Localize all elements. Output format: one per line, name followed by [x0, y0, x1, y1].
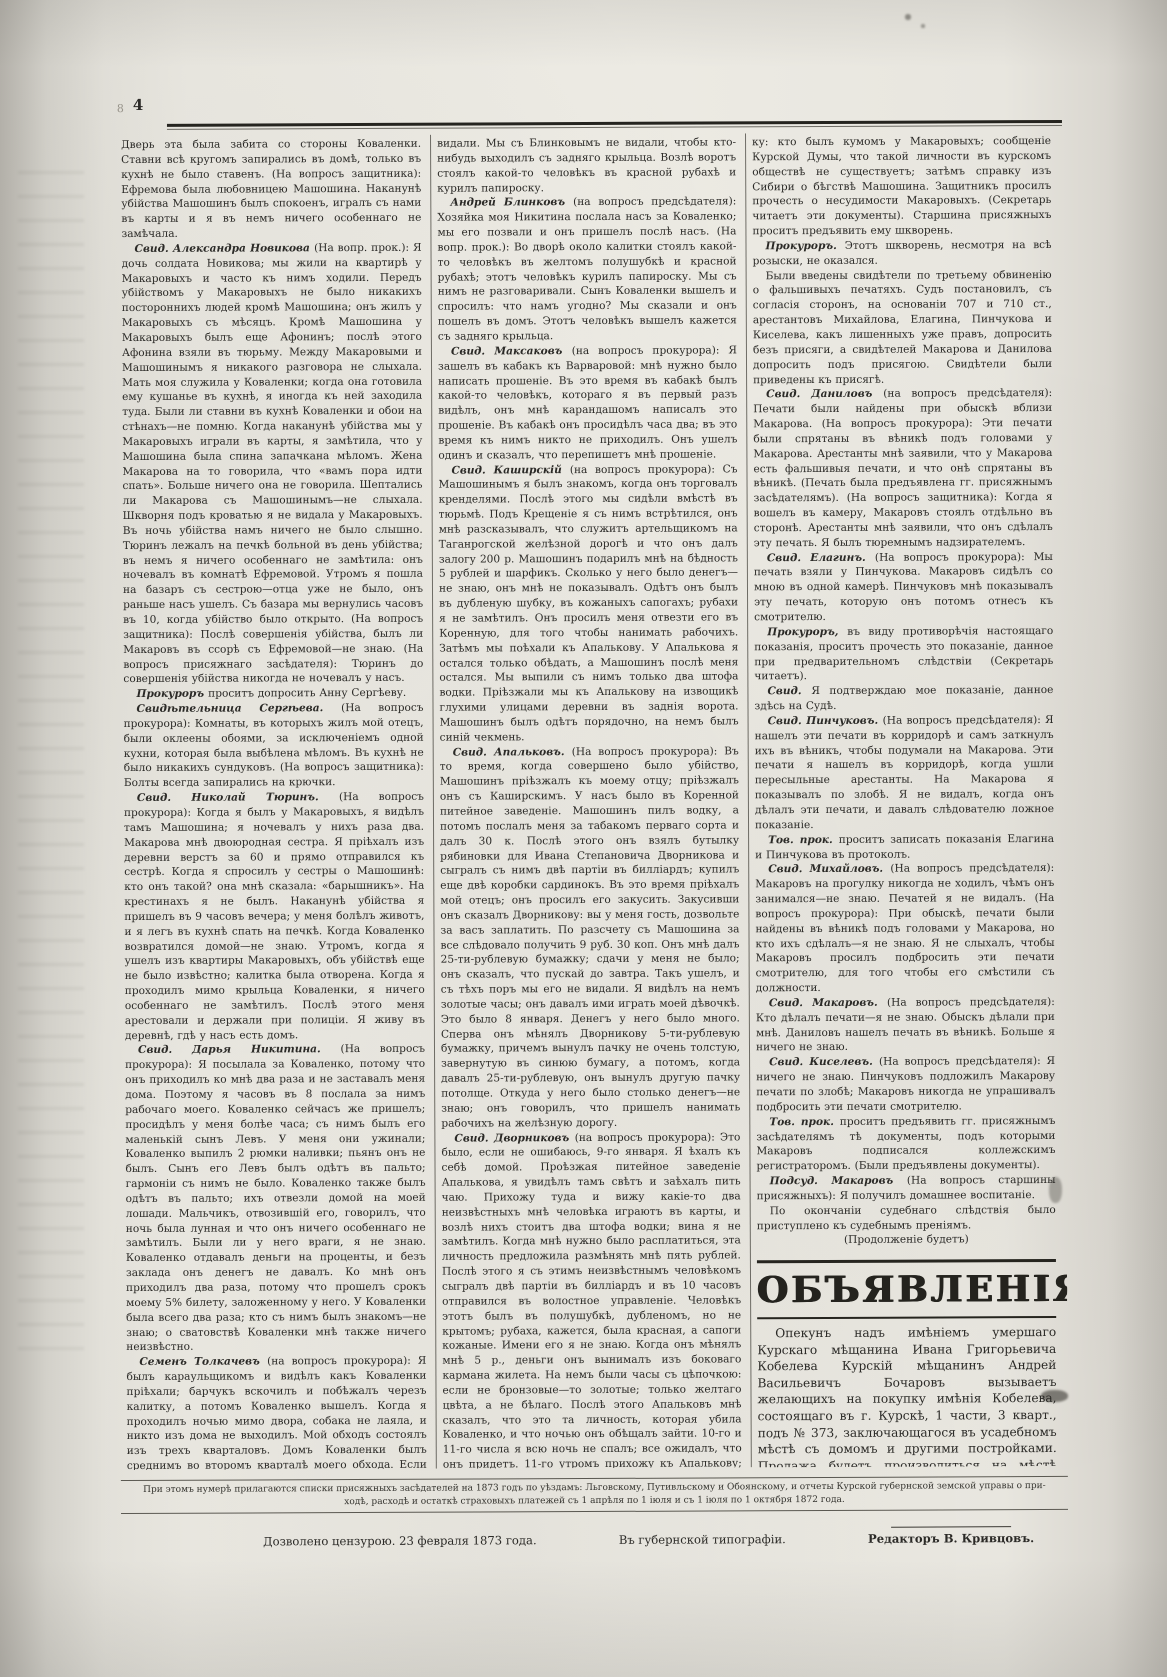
speaker-name: Свид. Киселевъ. — [769, 1056, 879, 1068]
speaker-name: Свид. — [767, 685, 811, 697]
paragraph: (Продолженіе будетъ) — [757, 1232, 1056, 1248]
supplement-note: При этомъ нумерѣ прилагаются списки прис… — [121, 1476, 1068, 1514]
speaker-name: Тов. прок. — [769, 1116, 840, 1128]
speaker-name: Прокуроръ — [136, 688, 208, 700]
testimony-paragraph: Свид. Макаровъ. (На вопросъ предсѣдателя… — [756, 995, 1055, 1056]
speaker-name: Подсуд. Макаровъ — [770, 1175, 907, 1188]
bleed-through-ghost — [18, 150, 84, 1350]
paragraph: По окончаніи судебнаго слѣдствія было пр… — [757, 1203, 1056, 1234]
editor-rule — [891, 1526, 1011, 1528]
testimony-paragraph: Тов. прок. проситъ предъявить гг. присяж… — [756, 1114, 1055, 1175]
speaker-name: Прокуроръ. — [765, 240, 844, 252]
page-content: 8 4 Дверь эта была забита со стороны Ков… — [115, 90, 1068, 1549]
speaker-name: Свид. Дворниковъ — [454, 1132, 574, 1145]
speaker-name: Свид. Александра Новикова — [134, 242, 314, 255]
testimony-paragraph: Прокуроръ. Этотъ шкворень, несмотря на в… — [752, 238, 1051, 269]
testimony-paragraph: Свид. Дворниковъ (на вопросъ прокурора):… — [441, 1130, 742, 1470]
testimony-paragraph: Подсуд. Макаровъ (На вопросъ старшины пр… — [757, 1173, 1056, 1204]
testimony-paragraph: Свидѣтельница Сергѣева. (На вопросъ прок… — [123, 701, 423, 791]
imprint-line: Дозволено цензурою. 23 февраля 1873 года… — [121, 1526, 1068, 1549]
paragraph: видали. Мы съ Блинковымъ не видали, чтоб… — [437, 135, 736, 196]
column-3-body: ку: кто былъ кумомъ у Макаровыхъ; сообще… — [752, 134, 1056, 1249]
speaker-name: Прокуроръ, — [767, 626, 847, 638]
speaker-name: Свид. Дарья Никитина. — [138, 1044, 341, 1057]
testimony-paragraph: Свид. Елагинъ. (На вопросъ прокурора): М… — [754, 550, 1053, 626]
paragraph: ку: кто былъ кумомъ у Макаровыхъ; сообще… — [752, 134, 1051, 239]
testimony-paragraph: Свид. Даниловъ (на вопросъ предсѣдателя)… — [753, 386, 1053, 551]
ghost-page-number: 8 — [117, 102, 124, 115]
censorship-line: Дозволено цензурою. 23 февраля 1873 года… — [263, 1533, 537, 1548]
testimony-paragraph: Андрей Блинковъ (на вопросъ предсѣдателя… — [437, 195, 737, 345]
newspaper-scan-page: 8 4 Дверь эта была забита со стороны Ков… — [0, 0, 1167, 1677]
speaker-name: Свид. Максаковъ — [451, 345, 572, 358]
testimony-paragraph: Семенъ Толкачевъ (на вопросъ прокурора):… — [126, 1354, 427, 1470]
column-3: ку: кто былъ кумомъ у Макаровыхъ; сообще… — [745, 132, 1066, 1467]
testimony-paragraph: Свид. Каширскій (на вопросъ прокурора): … — [438, 462, 738, 745]
speaker-name: Свидѣтельница Сергѣева. — [136, 702, 341, 715]
paragraph: Были введены свидѣтели по третьему обвин… — [753, 268, 1053, 388]
testimony-paragraph: Свид. Дарья Никитина. (На вопросъ прокур… — [125, 1042, 426, 1355]
ad-estate-notice: Опекунъ надъ имѣніемъ умершаго Курскаго … — [757, 1324, 1057, 1470]
column-2: видали. Мы съ Блинковымъ не видали, чтоб… — [430, 133, 751, 1468]
testimony-paragraph: Свид. Максаковъ (на вопросъ прокурора): … — [438, 343, 738, 463]
speaker-name: Семенъ Толкачевъ — [139, 1356, 267, 1369]
advertisements-headline: ОБЪЯВЛЕНІЯ. — [757, 1259, 1056, 1319]
testimony-paragraph: Свид. Николай Тюринъ. (На вопросъ прокур… — [124, 790, 425, 1044]
speaker-name: Андрей Блинковъ — [450, 196, 573, 209]
testimony-paragraph: Прокуроръ, въ виду противорѣчія настояща… — [754, 624, 1053, 685]
speaker-name: Свид. Каширскій — [451, 464, 569, 477]
testimony-paragraph: Свид. Апальковъ. (На вопросъ прокурора):… — [440, 744, 741, 1131]
speaker-name: Свид. Пинчуковъ. — [768, 715, 883, 728]
testimony-paragraph: Прокуроръ проситъ допросить Анну Сергѣев… — [123, 686, 423, 702]
editor-line: Редакторъ В. Кривцовъ. — [868, 1531, 1034, 1546]
speaker-name: Свид. Михайловъ. — [768, 863, 890, 876]
scan-smudge — [921, 24, 925, 28]
paragraph: Опекунъ надъ имѣніемъ умершаго Курскаго … — [757, 1324, 1057, 1470]
testimony-paragraph: Свид. Киселевъ. (На вопросъ предсѣдателя… — [756, 1054, 1055, 1115]
testimony-paragraph: Свид. Я подтверждаю мое показаніе, данно… — [754, 683, 1053, 714]
advertisements-section: ОБЪЯВЛЕНІЯ. Опекунъ надъ имѣніемъ умерша… — [757, 1259, 1058, 1470]
page-number: 4 — [133, 96, 145, 114]
testimony-paragraph: Тов. прок. проситъ записать показанія Ел… — [755, 832, 1054, 863]
editor-block: Редакторъ В. Кривцовъ. — [868, 1526, 1034, 1546]
page-header: 8 4 — [115, 90, 1062, 124]
speaker-name: Свид. Макаровъ. — [769, 997, 887, 1010]
speaker-name: Тов. прок. — [768, 834, 839, 846]
testimony-paragraph: Свид. Пинчуковъ. (На вопросъ предсѣдател… — [755, 713, 1055, 833]
speaker-name: Свид. Даниловъ — [766, 388, 883, 401]
scan-smudge — [905, 14, 911, 20]
typography-line: Въ губернской типографіи. — [537, 1532, 868, 1547]
testimony-paragraph: Свид. Александра Новикова (На вопр. прок… — [121, 241, 423, 688]
column-1: Дверь эта была забита со стороны Ковален… — [115, 135, 436, 1470]
text-columns: Дверь эта была забита со стороны Ковален… — [115, 132, 1068, 1470]
paragraph: Дверь эта была забита со стороны Ковален… — [121, 137, 421, 242]
testimony-paragraph: Свид. Михайловъ. (На вопросъ предсѣдател… — [755, 861, 1055, 996]
speaker-name: Свид. Елагинъ. — [767, 551, 875, 563]
speaker-name: Свид. Апальковъ. — [453, 746, 572, 759]
speaker-name: Свид. Николай Тюринъ. — [137, 791, 339, 804]
